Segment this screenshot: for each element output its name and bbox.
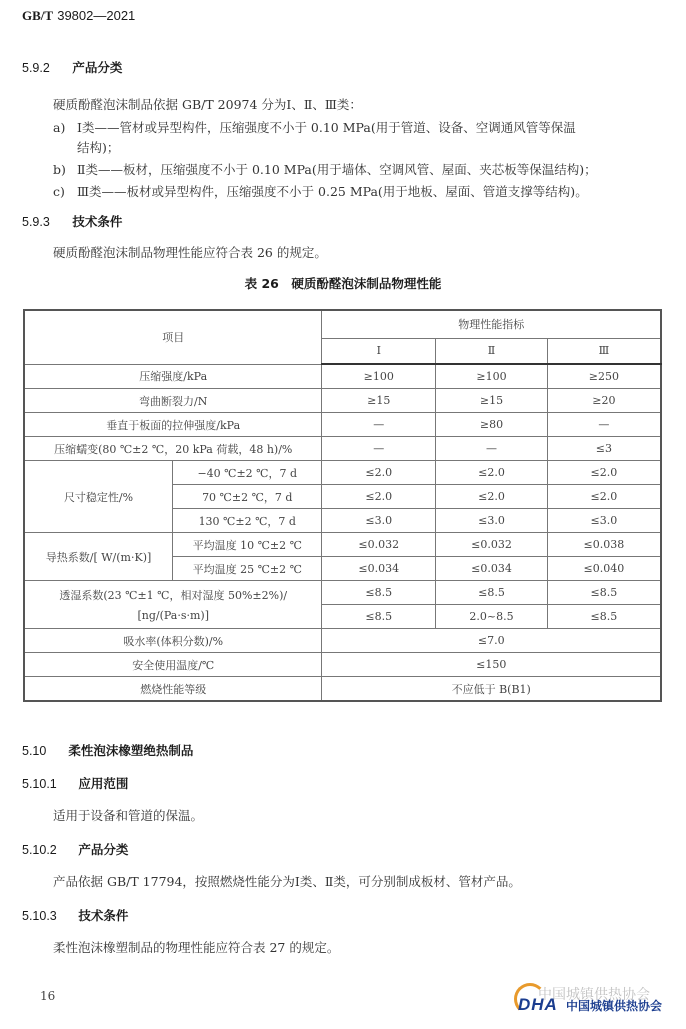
table-row: 导热系数/[ W/(m·K)] 平均温度 10 ℃±2 ℃ ≤0.032 ≤0.… bbox=[24, 533, 661, 557]
table-row: 压缩蠕变(80 ℃±2 ℃，20 kPa 荷载，48 h)/% — — ≤3 bbox=[24, 437, 661, 461]
header-class-1: Ⅰ bbox=[322, 338, 436, 364]
list-item-c: c)Ⅲ类——板材或异型构件，压缩强度不小于 0.25 MPa(用于地板、屋面、管… bbox=[53, 182, 588, 200]
table-reference-26: 硬质酚醛泡沫制品物理性能应符合表 26 的规定。 bbox=[53, 243, 327, 261]
standard-header: GB/T 39802—2021 bbox=[22, 8, 135, 24]
section-5-9-3-heading: 5.9.3 技术条件 bbox=[22, 212, 122, 230]
table-row: 弯曲断裂力/N ≥15 ≥15 ≥20 bbox=[24, 389, 661, 413]
section-5-10-2-heading: 5.10.2 产品分类 bbox=[22, 840, 128, 858]
table-reference-27: 柔性泡沫橡塑制品的物理性能应符合表 27 的规定。 bbox=[53, 938, 339, 956]
header-class-2: Ⅱ bbox=[436, 338, 548, 364]
table-row: 垂直于板面的拉伸强度/kPa — ≥80 — bbox=[24, 413, 661, 437]
header-group: 物理性能指标 bbox=[322, 310, 661, 338]
logo-mark: DHA bbox=[518, 995, 558, 1015]
section-5-10-3-heading: 5.10.3 技术条件 bbox=[22, 906, 128, 924]
permeability-label: 透湿系数(23 ℃±1 ℃，相对湿度 50%±2%)/ [ng/(Pa·s·m)… bbox=[24, 581, 322, 629]
header-class-3: Ⅲ bbox=[547, 338, 661, 364]
standard-code: GB/T bbox=[22, 8, 53, 23]
section-5-10-heading: 5.10 柔性泡沫橡塑绝热制品 bbox=[22, 741, 193, 759]
table-row: 尺寸稳定性/% −40 ℃±2 ℃，7 d ≤2.0 ≤2.0 ≤2.0 bbox=[24, 461, 661, 485]
logo-name: 中国城镇供热协会 bbox=[566, 997, 662, 1014]
header-item: 项目 bbox=[24, 310, 322, 364]
association-logo: 中国城镇供热协会 DHA 中国城镇供热协会 bbox=[504, 981, 684, 1021]
page-number: 16 bbox=[40, 989, 55, 1003]
standard-number: 39802—2021 bbox=[57, 8, 135, 23]
table-row: 燃烧性能等级 不应低于 B(B1) bbox=[24, 677, 661, 702]
table-row: 透湿系数(23 ℃±1 ℃，相对湿度 50%±2%)/ [ng/(Pa·s·m)… bbox=[24, 581, 661, 605]
section-5-10-1-heading: 5.10.1 应用范围 bbox=[22, 774, 128, 792]
scope-paragraph: 适用于设备和管道的保温。 bbox=[53, 806, 203, 824]
list-item-a: a)Ⅰ类——管材或异型构件，压缩强度不小于 0.10 MPa(用于管道、设备、空… bbox=[53, 118, 576, 136]
list-item-a-continuation: 结构)； bbox=[77, 138, 119, 156]
table-row: 压缩强度/kPa ≥100 ≥100 ≥250 bbox=[24, 364, 661, 389]
table-row: 安全使用温度/℃ ≤150 bbox=[24, 653, 661, 677]
section-5-9-2-heading: 5.9.2 产品分类 bbox=[22, 58, 122, 76]
table-row: 吸水率(体积分数)/% ≤7.0 bbox=[24, 629, 661, 653]
physical-properties-table: 项目 物理性能指标 Ⅰ Ⅱ Ⅲ 压缩强度/kPa ≥100 ≥100 ≥250 … bbox=[23, 309, 662, 702]
list-item-b: b)Ⅱ类——板材，压缩强度不小于 0.10 MPa(用于墙体、空调风管、屋面、夹… bbox=[53, 160, 597, 178]
classification-paragraph: 产品依据 GB/T 17794，按照燃烧性能分为Ⅰ类、Ⅱ类，可分别制成板材、管材… bbox=[53, 872, 521, 890]
table-caption: 表 26 硬质酚醛泡沫制品物理性能 bbox=[0, 274, 686, 292]
classification-intro: 硬质酚醛泡沫制品依据 GB/T 20974 分为Ⅰ、Ⅱ、Ⅲ类： bbox=[53, 95, 362, 113]
